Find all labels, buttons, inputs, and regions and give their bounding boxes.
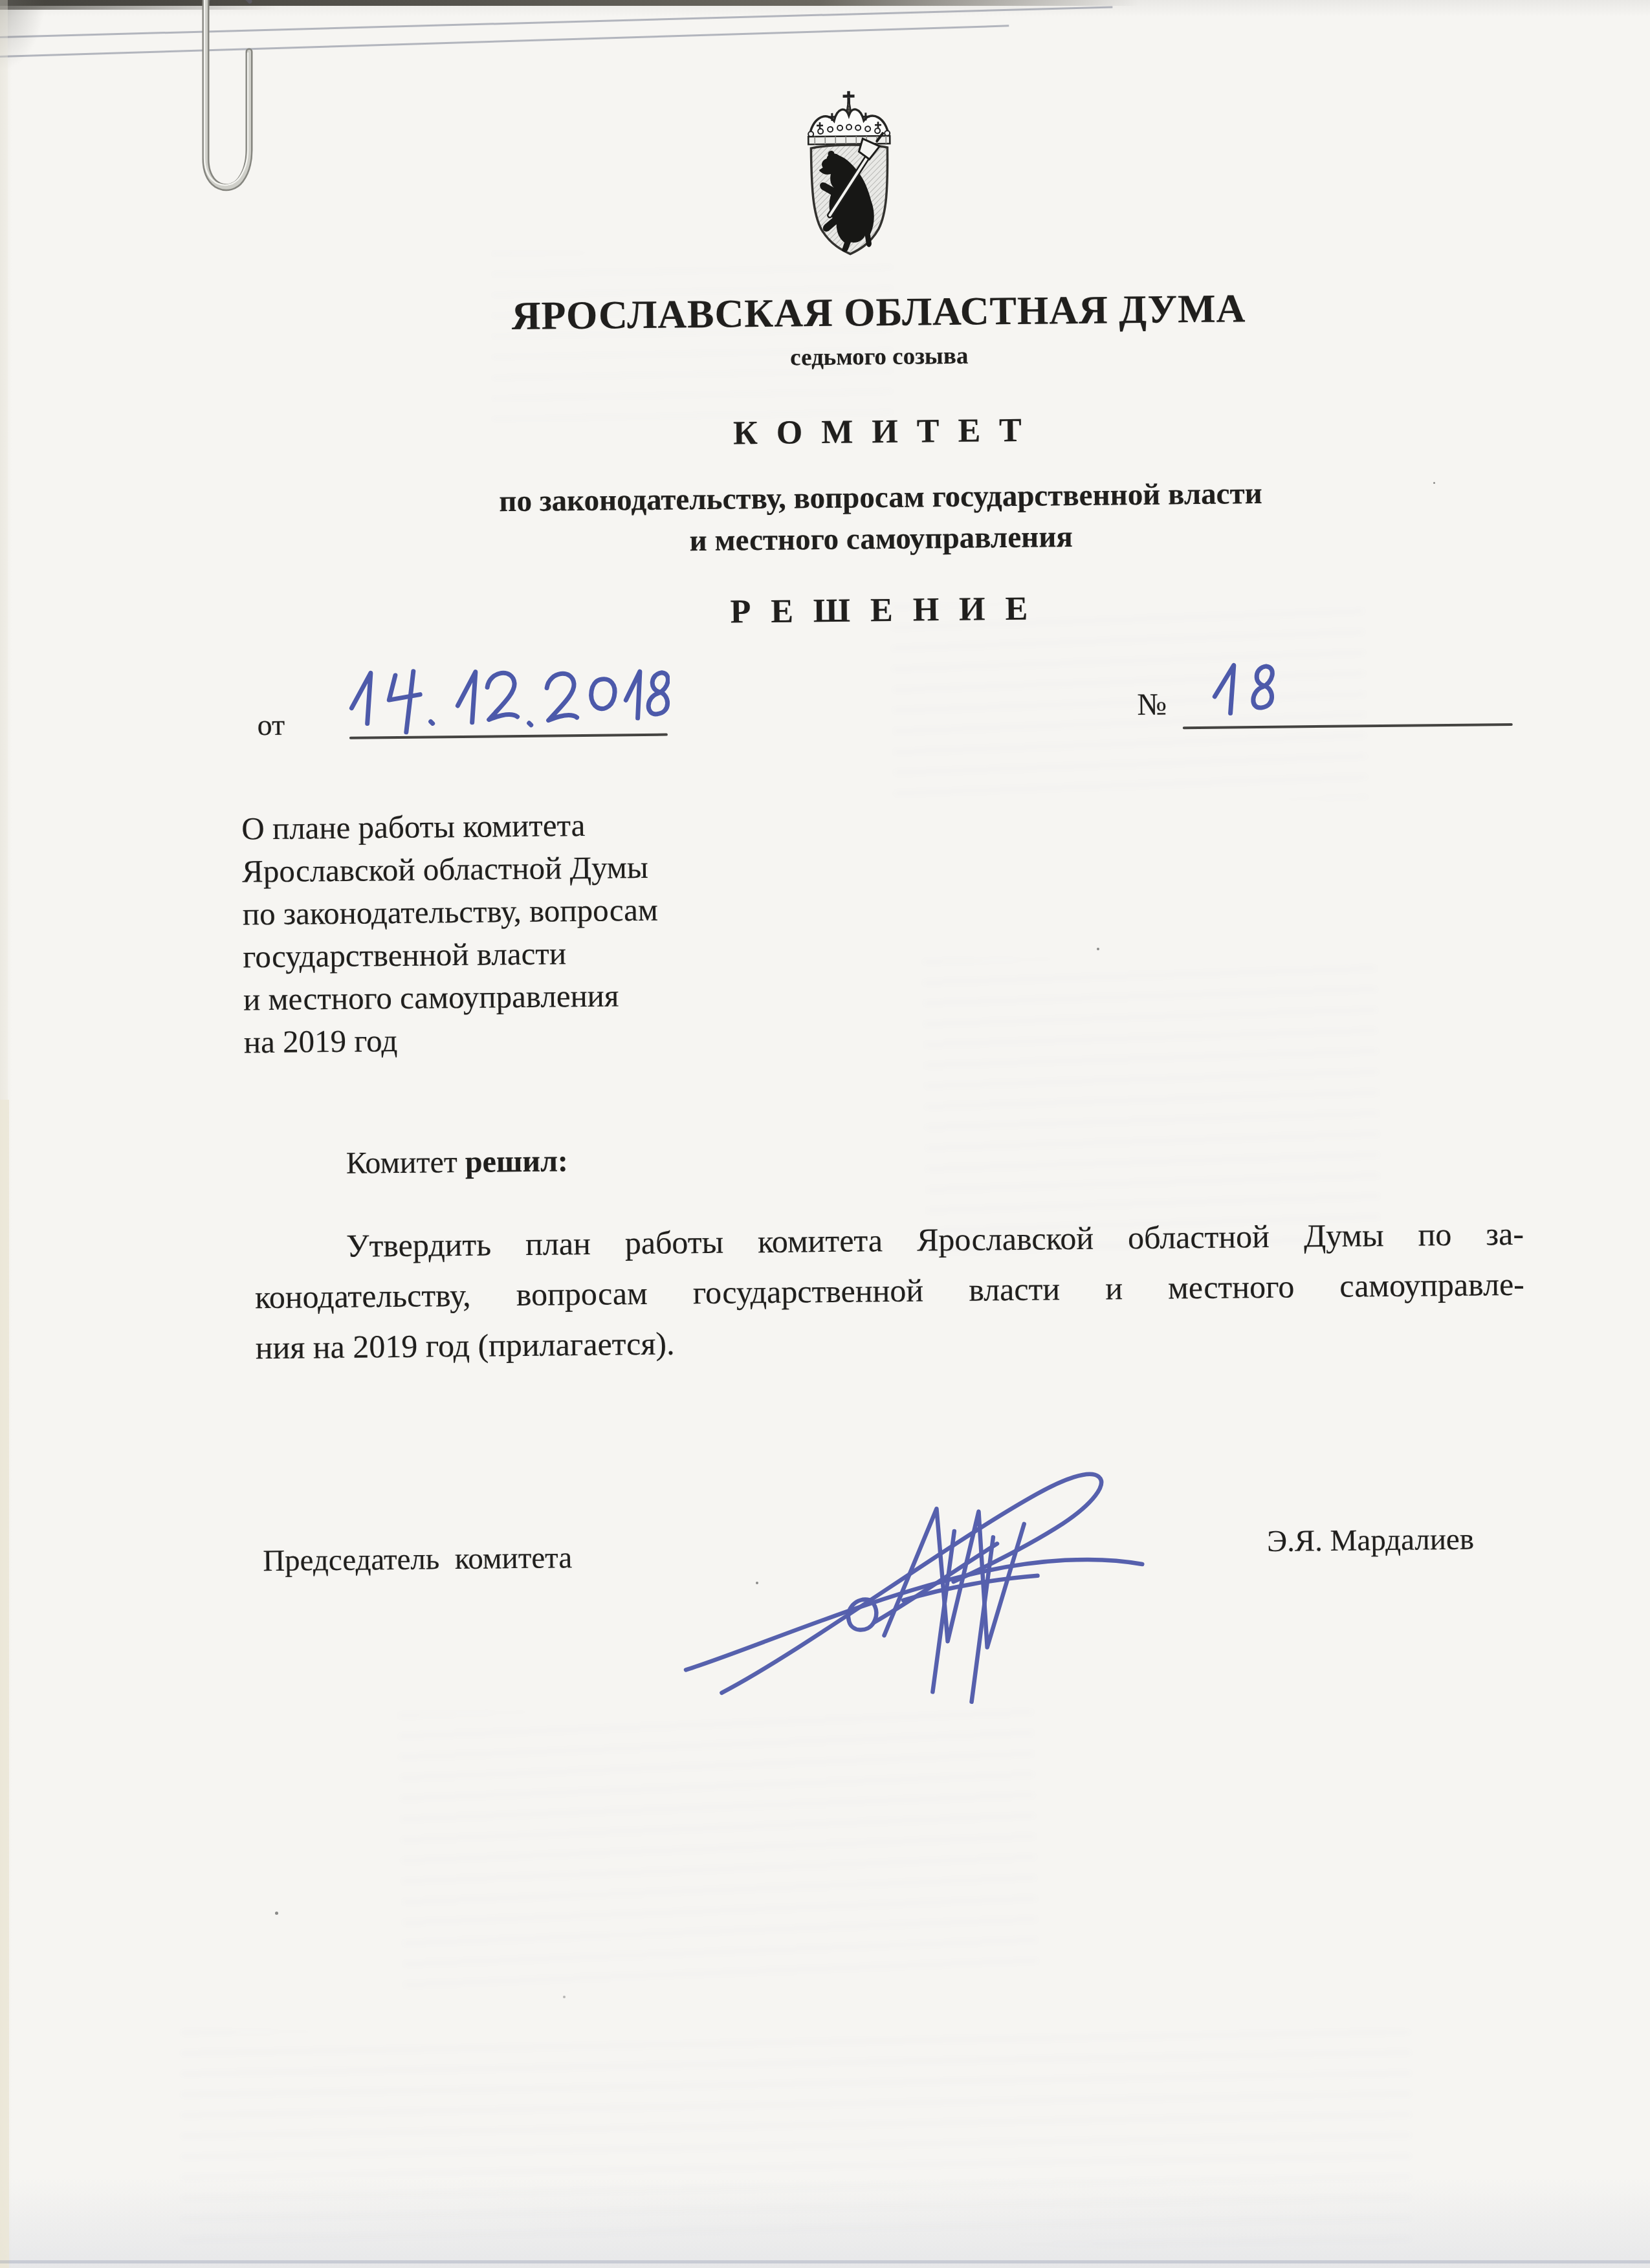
resolution-body-line: конодательству, вопросам государственной… — [255, 1265, 1524, 1316]
subject-line: по законодательству, вопросам — [242, 889, 658, 936]
subject-line: государственной власти — [243, 932, 659, 979]
document-content: ЯРОСЛАВСКАЯ ОБЛАСТНАЯ ДУМА седьмого созы… — [0, 0, 1650, 2268]
number-underline — [1183, 723, 1513, 729]
signature-role: Председатель комитета — [263, 1540, 572, 1578]
handwritten-date-value: 14. 12. 2018 — [333, 657, 385, 663]
handwritten-number: 18 — [1200, 655, 1298, 721]
organization-title: ЯРОСЛАВСКАЯ ОБЛАСТНАЯ ДУМА — [232, 283, 1526, 343]
scanned-decision-page: ЯРОСЛАВСКАЯ ОБЛАСТНАЯ ДУМА седьмого созы… — [0, 0, 1650, 2268]
subject-line: и местного самоуправления — [243, 974, 659, 1021]
committee-title: К О М И Т Е Т — [233, 406, 1528, 458]
date-label: от — [257, 708, 285, 742]
number-label: № — [1137, 687, 1167, 723]
resolution-body-line: ния на 2019 год (прилагается). — [255, 1316, 1524, 1367]
committee-scope-line1: по законодательству, вопросам государств… — [234, 474, 1528, 522]
convocation-subtitle: седьмого созыва — [232, 336, 1526, 378]
subject-line: О плане работы комитета — [241, 803, 657, 851]
subject-line: на 2019 год — [243, 1017, 659, 1064]
handwritten-date: 14. 12. 2018 — [333, 657, 670, 741]
subject-block: О плане работы комитета Ярославской обла… — [241, 803, 659, 1064]
resolution-lead-bold: решил: — [465, 1144, 569, 1179]
resolution-lead: Комитет решил: — [346, 1143, 569, 1181]
handwritten-signature — [674, 1431, 1155, 1714]
resolution-lead-regular: Комитет — [346, 1145, 458, 1181]
signature-name: Э.Я. Мардалиев — [1267, 1522, 1475, 1559]
resolution-body-line: Утвердить план работы комитета Ярославск… — [254, 1215, 1524, 1266]
document-type-title: Р Е Ш Е Н И Е — [235, 585, 1530, 637]
subject-line: Ярославской областной Думы — [242, 846, 658, 893]
coat-of-arms-icon — [800, 91, 899, 257]
committee-scope-line2: и местного самоуправления — [234, 515, 1528, 563]
handwritten-number-value: 18 — [1200, 655, 1211, 659]
